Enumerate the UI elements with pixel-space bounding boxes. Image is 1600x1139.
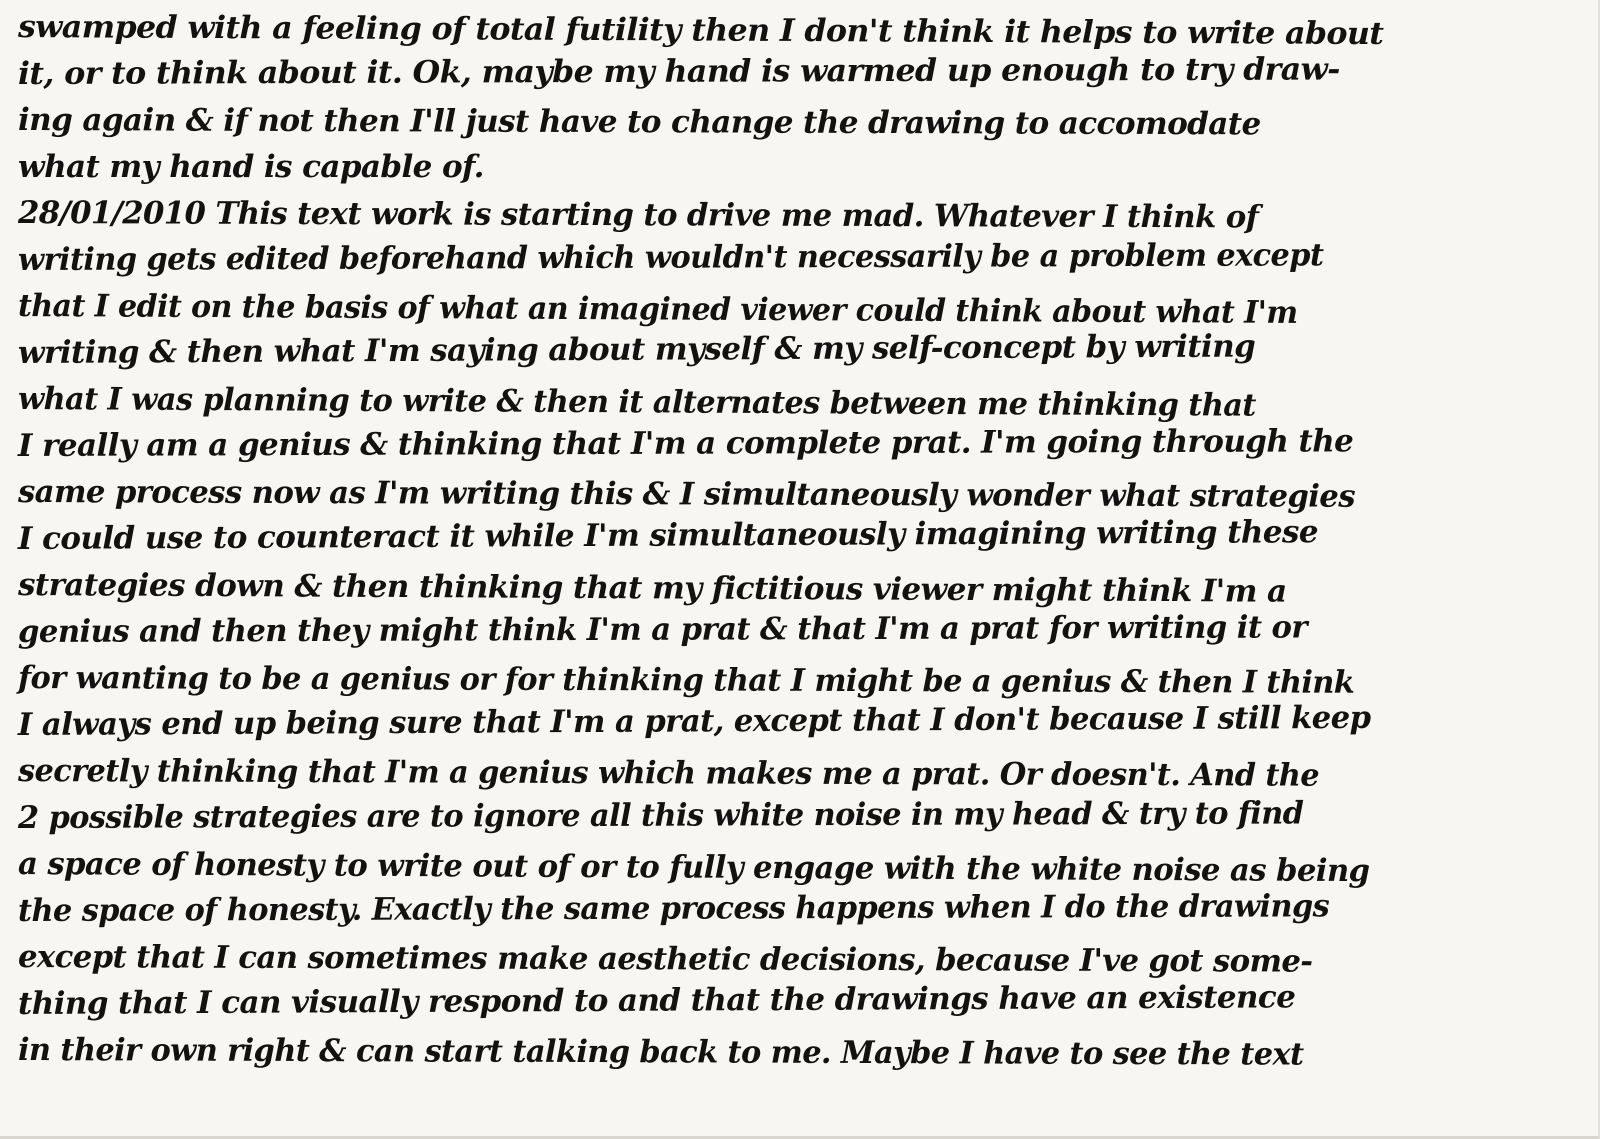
handwritten-page: swamped with a feeling of total futility… bbox=[0, 0, 1600, 1139]
text-line: in their own right & can start talking b… bbox=[18, 1027, 1547, 1079]
text-line: thing that I can visually respond to and… bbox=[18, 972, 1578, 1027]
text-line: I always end up being sure that I'm a pr… bbox=[18, 693, 1563, 748]
text-line: I could use to counteract it while I'm s… bbox=[18, 507, 1578, 562]
text-line: the space of honesty. Exactly the same p… bbox=[18, 882, 1547, 934]
text-line: writing gets edited beforehand which wou… bbox=[18, 231, 1547, 283]
text-line: it, or to think about it. Ok, maybe my h… bbox=[18, 45, 1600, 97]
handwritten-text-block: swamped with a feeling of total futility… bbox=[18, 4, 1578, 1074]
text-line: I really am a genius & thinking that I'm… bbox=[18, 417, 1578, 469]
text-line: what my hand is capable of. bbox=[18, 144, 1578, 191]
text-line: ing again & if not then I'll just have t… bbox=[18, 97, 1578, 149]
text-line: genius and then they might think I'm a p… bbox=[18, 603, 1563, 655]
text-line: 2 possible strategies are to ignore all … bbox=[18, 789, 1547, 841]
text-line: writing & then what I'm saying about mys… bbox=[18, 321, 1578, 376]
